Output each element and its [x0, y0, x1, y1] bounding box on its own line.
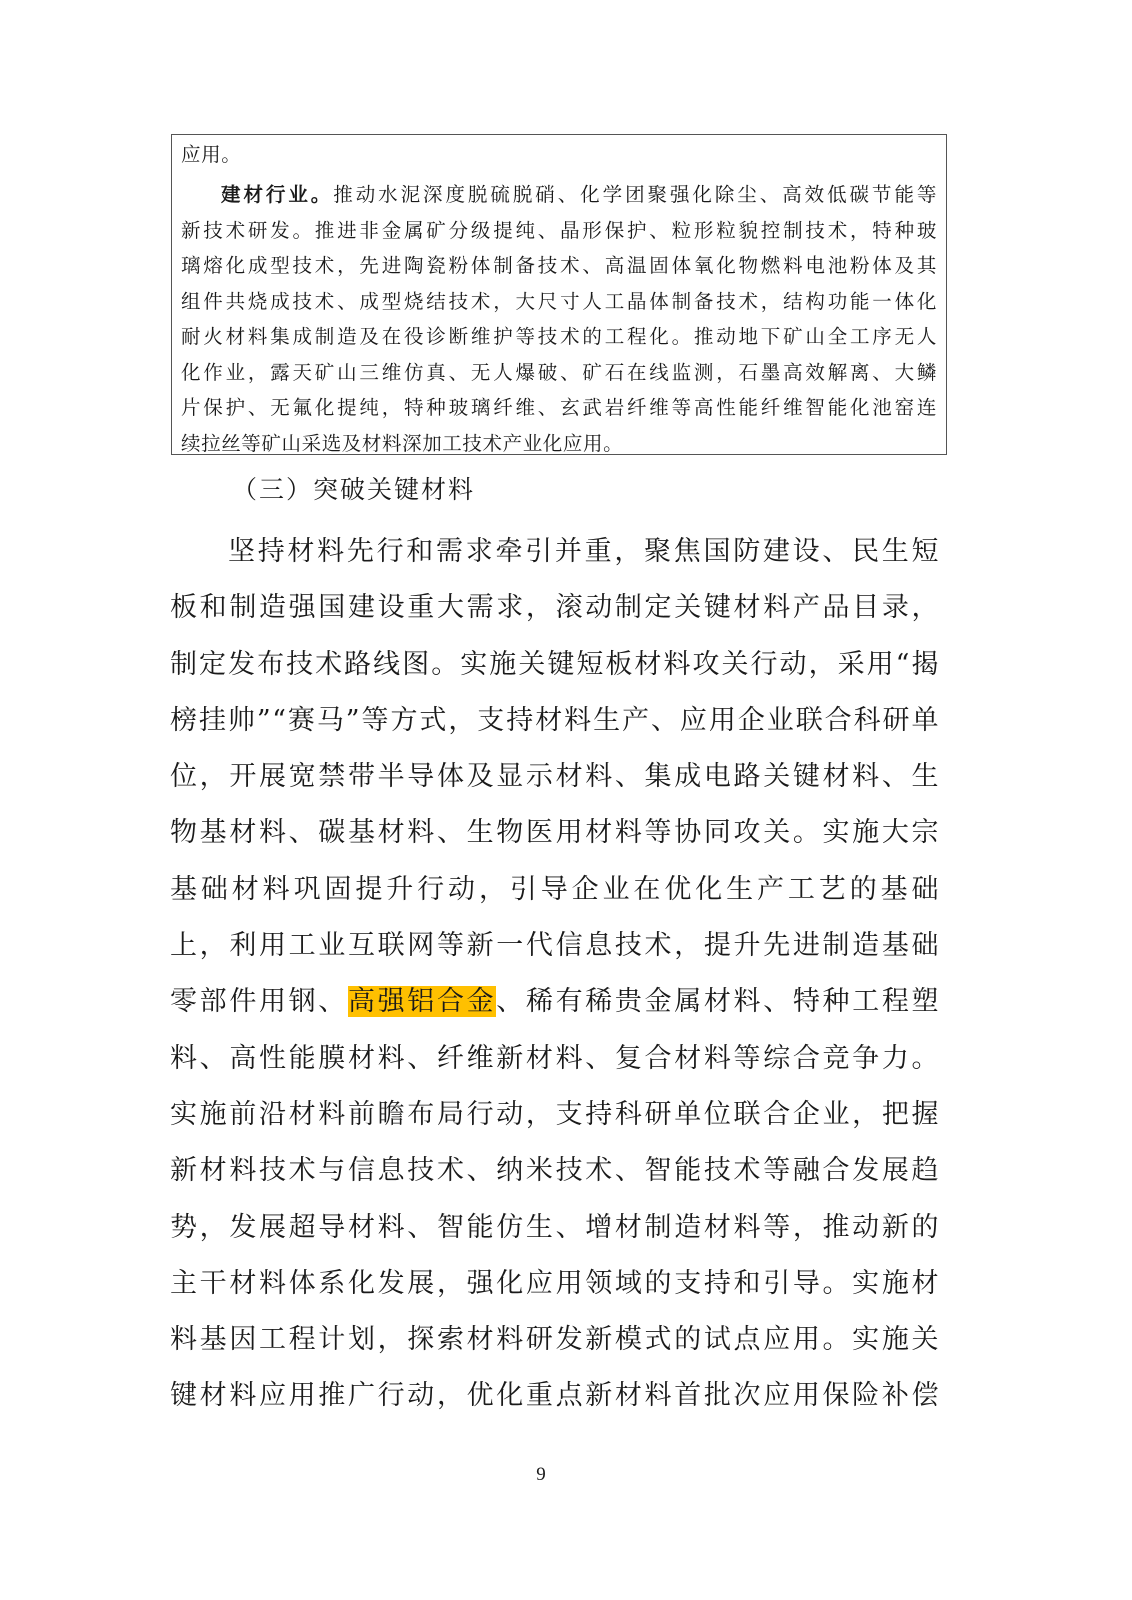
box-line: 片保护、无氟化提纯，特种玻璃纤维、玄武岩纤维等高性能纤维智能化池窑连	[181, 390, 937, 426]
body-line: 键材料应用推广行动，优化重点新材料首批次应用保险补偿	[170, 1368, 940, 1424]
industry-text-box: 应用。 建材行业。推动水泥深度脱硫脱硝、化学团聚强化除尘、高效低碳节能等 新技术…	[171, 134, 947, 455]
section-heading: （三）突破关键材料	[232, 470, 475, 510]
body-line: 基础材料巩固提升行动，引导企业在优化生产工艺的基础	[170, 862, 940, 918]
body-line: 主干材料体系化发展，强化应用领域的支持和引导。实施材	[170, 1256, 940, 1312]
body-line: 坚持材料先行和需求牵引并重，聚焦国防建设、民生短	[170, 524, 940, 580]
bold-lead: 建材行业。	[221, 183, 333, 206]
box-line: 建材行业。推动水泥深度脱硫脱硝、化学团聚强化除尘、高效低碳节能等	[181, 177, 937, 213]
box-line: 璃熔化成型技术，先进陶瓷粉体制备技术、高温固体氧化物燃料电池粉体及其	[181, 248, 937, 284]
body-line: 位，开展宽禁带半导体及显示材料、集成电路关键材料、生	[170, 749, 940, 805]
body-line: 制定发布技术路线图。实施关键短板材料攻关行动，采用“揭	[170, 637, 940, 693]
body-paragraph: 坚持材料先行和需求牵引并重，聚焦国防建设、民生短 板和制造强国建设重大需求，滚动…	[170, 524, 940, 1425]
body-line: 新材料技术与信息技术、纳米技术、智能技术等融合发展趋	[170, 1143, 940, 1199]
body-line: 实施前沿材料前瞻布局行动，支持科研单位联合企业，把握	[170, 1087, 940, 1143]
box-line: 新技术研发。推进非金属矿分级提纯、晶形保护、粒形粒貌控制技术，特种玻	[181, 213, 937, 249]
highlighted-text: 高强铝合金	[348, 986, 496, 1017]
body-line: 料基因工程计划，探索材料研发新模式的试点应用。实施关	[170, 1312, 940, 1368]
body-line: 板和制造强国建设重大需求，滚动制定关键材料产品目录，	[170, 580, 940, 636]
box-line: 续拉丝等矿山采选及材料深加工技术产业化应用。	[181, 426, 937, 462]
page-number: 9	[0, 1464, 1082, 1486]
body-line: 势，发展超导材料、智能仿生、增材制造材料等，推动新的	[170, 1200, 940, 1256]
box-line: 耐火材料集成制造及在役诊断维护等技术的工程化。推动地下矿山全工序无人	[181, 319, 937, 355]
box-line: 应用。	[181, 137, 937, 177]
box-line: 组件共烧成技术、成型烧结技术，大尺寸人工晶体制备技术，结构功能一体化	[181, 284, 937, 320]
body-line: 榜挂帅”“赛马”等方式，支持材料生产、应用企业联合科研单	[170, 693, 940, 749]
box-line: 化作业，露天矿山三维仿真、无人爆破、矿石在线监测，石墨高效解离、大鳞	[181, 355, 937, 391]
body-line: 料、高性能膜材料、纤维新材料、复合材料等综合竞争力。	[170, 1031, 940, 1087]
body-line: 物基材料、碳基材料、生物医用材料等协同攻关。实施大宗	[170, 805, 940, 861]
body-line-highlighted: 零部件用钢、高强铝合金、稀有稀贵金属材料、特种工程塑	[170, 974, 940, 1030]
body-line: 上，利用工业互联网等新一代信息技术，提升先进制造基础	[170, 918, 940, 974]
